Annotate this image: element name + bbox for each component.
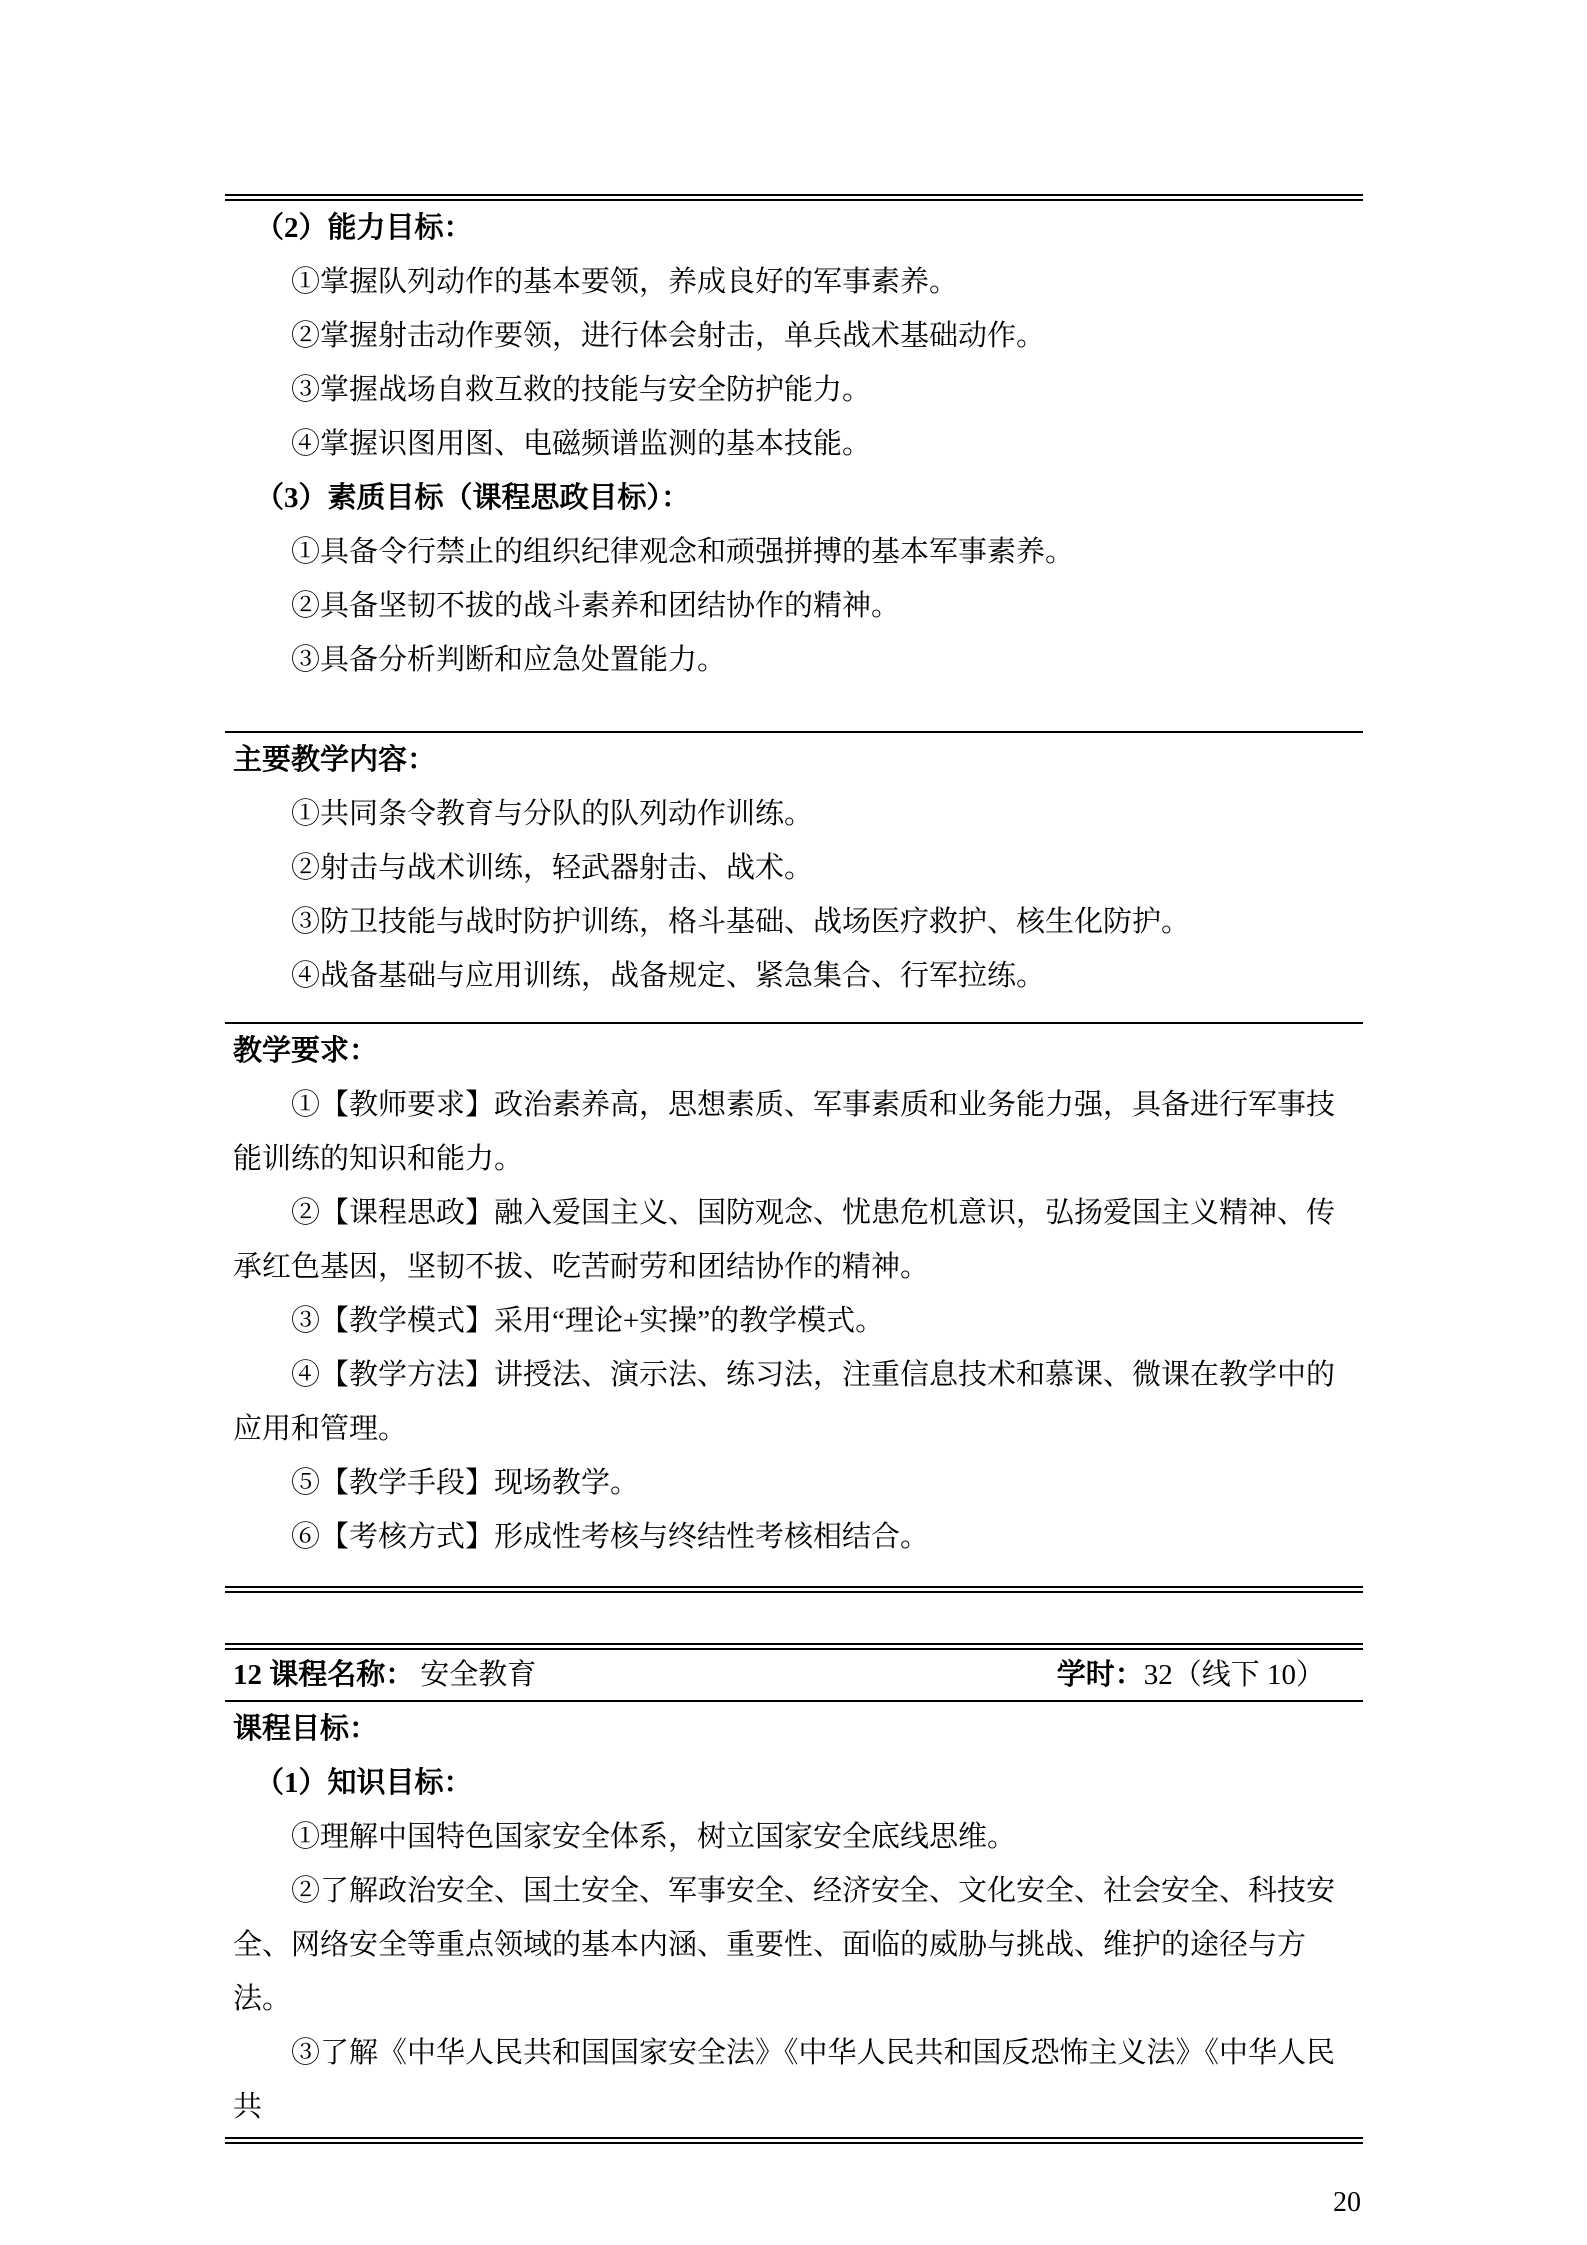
list-item: ②了解政治安全、国土安全、军事安全、经济安全、文化安全、社会安全、科技安全、网络… [233,1864,1355,2026]
list-item: ④战备基础与应用训练，战备规定、紧急集合、行军拉练。 [233,949,1355,1003]
quality-goals-heading: （3）素质目标（课程思政目标）： [233,471,1355,525]
course-header-row: 12 课程名称：安全教育 学时：32（线下 10） [225,1650,1363,1700]
list-item: ④【教学方法】讲授法、演示法、练习法，注重信息技术和慕课、微课在教学中的应用和管… [233,1348,1355,1456]
list-item: ②掌握射击动作要领，进行体会射击，单兵战术基础动作。 [233,309,1355,363]
course-name: 安全教育 [420,1659,536,1691]
knowledge-goals-heading: （1）知识目标： [233,1756,1355,1810]
teaching-content-heading: 主要教学内容： [233,733,1355,787]
hours-label: 学时： [1057,1659,1144,1691]
course-goals-section: 课程目标： （1）知识目标： ①理解中国特色国家安全体系，树立国家安全底线思维。… [225,1702,1363,2137]
page-number: 20 [225,2186,1363,2220]
list-item: ③掌握战场自救互救的技能与安全防护能力。 [233,363,1355,417]
list-item: ③防卫技能与战时防护训练，格斗基础、战场医疗救护、核生化防护。 [233,895,1355,949]
teaching-requirements-heading: 教学要求： [233,1024,1355,1078]
page-break-double-border [225,2137,1363,2144]
list-item: ③【教学模式】采用“理论+实操”的教学模式。 [233,1294,1355,1348]
table-top-double-border [225,1643,1363,1650]
list-item: ②具备坚韧不拔的战斗素养和团结协作的精神。 [233,579,1355,633]
list-item: ①具备令行禁止的组织纪律观念和顽强拼搏的基本军事素养。 [233,525,1355,579]
table-bottom-double-border [225,1586,1363,1593]
course-number-label: 12 课程名称： [233,1659,414,1691]
list-item: ②射击与战术训练，轻武器射击、战术。 [233,841,1355,895]
ability-goals-heading: （2）能力目标： [233,201,1355,255]
goals-section: （2）能力目标： ①掌握队列动作的基本要领，养成良好的军事素养。 ②掌握射击动作… [225,201,1363,731]
table-gap [225,1593,1363,1643]
list-item: ③具备分析判断和应急处置能力。 [233,633,1355,687]
list-item: ①【教师要求】政治素养高，思想素质、军事素质和业务能力强，具备进行军事技能训练的… [233,1078,1355,1186]
list-item: ①理解中国特色国家安全体系，树立国家安全底线思维。 [233,1810,1355,1864]
list-item: ③了解《中华人民共和国国家安全法》《中华人民共和国反恐怖主义法》《中华人民共 [233,2026,1355,2134]
list-item: ②【课程思政】融入爱国主义、国防观念、忧患危机意识，弘扬爱国主义精神、传承红色基… [233,1186,1355,1294]
list-item: ④掌握识图用图、电磁频谱监测的基本技能。 [233,417,1355,471]
course-goals-heading: 课程目标： [233,1702,1355,1756]
course-title: 12 课程名称：安全教育 [233,1650,536,1700]
list-item: ①共同条令教育与分队的队列动作训练。 [233,787,1355,841]
list-item: ①掌握队列动作的基本要领，养成良好的军事素养。 [233,255,1355,309]
hours-value: 32（线下 10） [1144,1659,1325,1691]
course-hours: 学时：32（线下 10） [1057,1650,1325,1700]
list-item: ⑤【教学手段】现场教学。 [233,1456,1355,1510]
page-content: （2）能力目标： ①掌握队列动作的基本要领，养成良好的军事素养。 ②掌握射击动作… [225,194,1363,2220]
teaching-content-section: 主要教学内容： ①共同条令教育与分队的队列动作训练。 ②射击与战术训练，轻武器射… [225,733,1363,1022]
list-item: ⑥【考核方式】形成性考核与终结性考核相结合。 [233,1510,1355,1564]
teaching-requirements-section: 教学要求： ①【教师要求】政治素养高，思想素质、军事素质和业务能力强，具备进行军… [225,1024,1363,1586]
table-top-double-border [225,194,1363,201]
